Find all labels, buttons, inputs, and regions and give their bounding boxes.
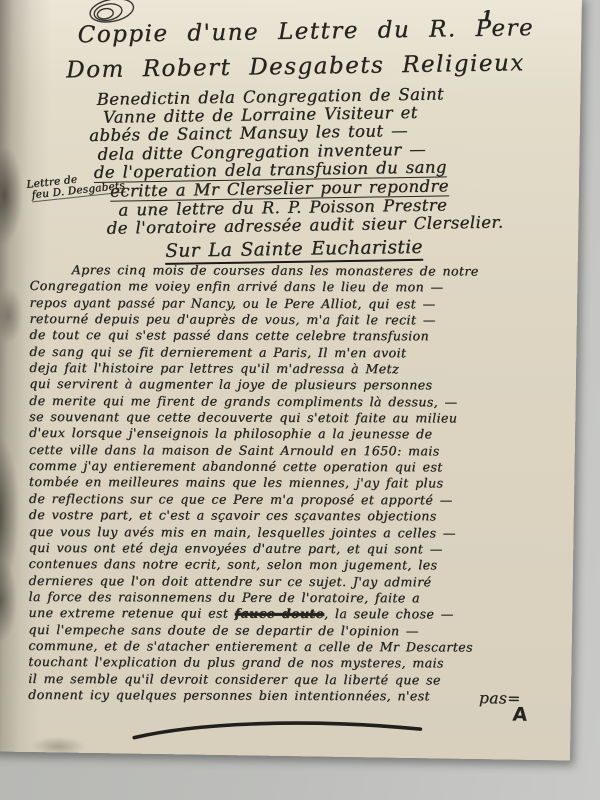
heading-line-2: Dom Robert Desgabets Religieux — [66, 49, 582, 83]
body-line: touchant l'explication du plus grand de … — [28, 654, 548, 672]
letter-body: Apres cinq mois de courses dans les mona… — [28, 262, 550, 705]
closing-flourish-icon — [128, 714, 428, 747]
body-line: dernieres que l'on doit attendre sur ce … — [29, 572, 549, 590]
body-line: de merite qui me firent de grands compli… — [29, 393, 549, 411]
body-line: repos ayant passé par Nancy, ou le Pere … — [30, 295, 550, 313]
body-line: la force des raisonnemens du Pere de l'o… — [28, 589, 548, 607]
body-line: tombée en meilleures mains que les mienn… — [29, 474, 549, 492]
body-line: retourné depuis peu d'auprès de vous, m'… — [29, 311, 549, 329]
body-line: donnent icy quelques personnes bien inte… — [28, 687, 548, 705]
letter-heading: Coppie d'une Lettre du R. Pere Dom Rober… — [0, 14, 585, 267]
body-line: de vostre part, et c'est a sçavoir ces s… — [29, 507, 549, 525]
body-line: Apres cinq mois de courses dans les mona… — [30, 262, 550, 280]
body-line: comme j'ay entierement abandonné cette o… — [29, 458, 549, 476]
body-line: il me semble qu'il devroit considerer qu… — [28, 671, 548, 689]
body-line: qui l'empeche sans doute de se departir … — [28, 621, 548, 639]
body-line: qui vous ont eté deja envoyées d'autre p… — [29, 540, 549, 558]
strikethrough-text: fauce doute — [235, 606, 324, 621]
body-line: se souvenant que cette decouverte qui s'… — [29, 409, 549, 427]
body-line: cette ville dans la maison de Saint Arno… — [29, 442, 549, 460]
strike-line-post: , la seule chose — — [324, 606, 454, 621]
body-line: de reflections sur ce que ce Pere m'a pr… — [29, 491, 549, 509]
photo-background: { "page_number": "1", "margin_note": { "… — [0, 0, 600, 800]
body-line: de tout ce qui s'est passé dans cette ce… — [29, 327, 549, 345]
strike-line-pre: une extreme retenue qui est — [28, 605, 234, 621]
underlined-text: Sur La Sainte Eucharistie — [165, 236, 423, 264]
body-line: que vous luy avés mis en main, lesquelle… — [29, 523, 549, 541]
printer-mark: A — [512, 704, 529, 726]
body-line: deja fait l'histoire par lettres qu'il m… — [29, 360, 549, 378]
body-line: Congregation me voiey enfin arrivé dans … — [30, 278, 550, 296]
body-line-with-strikethrough: une extreme retenue qui est fauce doute,… — [28, 605, 548, 623]
body-line: d'eux lorsque j'enseignois la philosophi… — [29, 425, 549, 443]
body-line: de sang qui se fit dernierement a Paris,… — [29, 344, 549, 362]
body-line: contenues dans notre ecrit, sont, selon … — [29, 556, 549, 574]
body-line: commune, et de s'atacher entierement a c… — [28, 638, 548, 656]
body-line: qui servirent à augmenter la joye de plu… — [29, 376, 549, 394]
manuscript-paper: 1 Coppie d'une Lettre du R. Pere Dom Rob… — [0, 0, 582, 760]
